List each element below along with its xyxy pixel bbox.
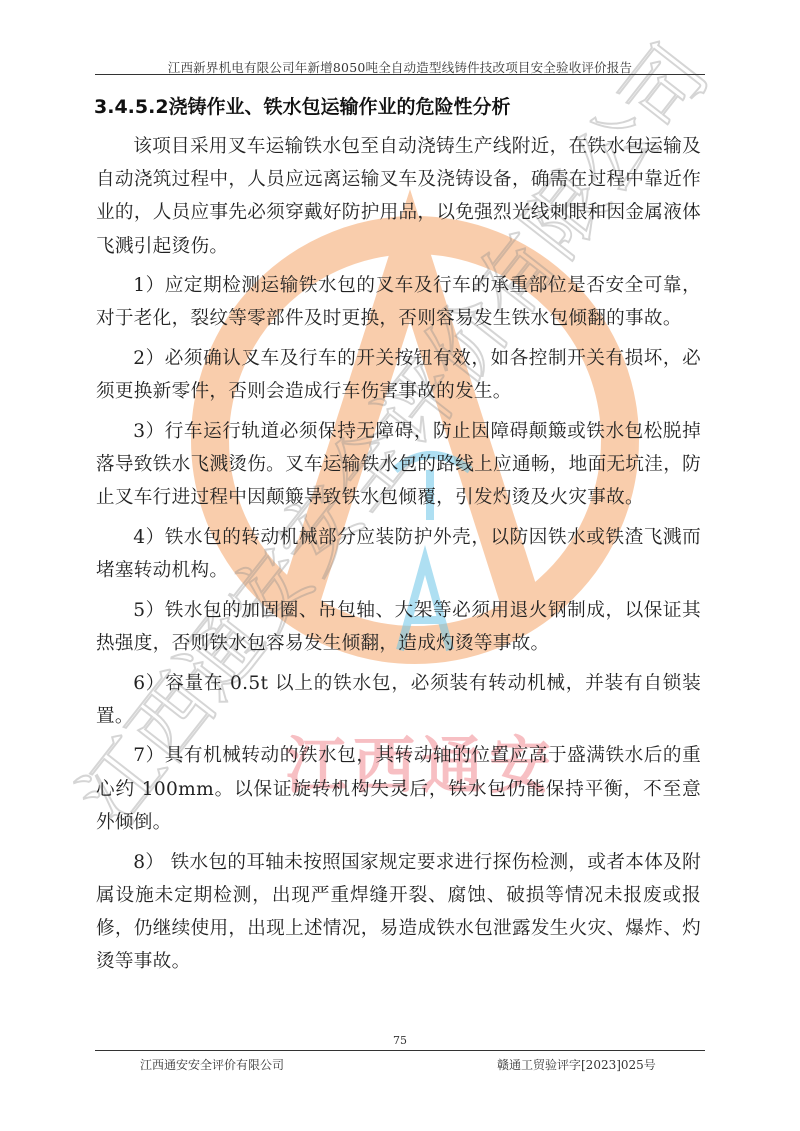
list-item: 2）必须确认叉车及行车的开关按钮有效，如各控制开关有损坏，必须更换新零件，否则会… bbox=[96, 342, 701, 408]
footer-divider bbox=[95, 1050, 705, 1051]
list-item: 5）铁水包的加固圈、吊包轴、大架等必须用退火钢制成，以保证其热强度，否则铁水包容… bbox=[96, 594, 701, 660]
list-item: 8） 铁水包的耳轴未按照国家规定要求进行探伤检测，或者本体及附属设施未定期检测，… bbox=[96, 846, 701, 979]
document-body: 3.4.5.2浇铸作业、铁水包运输作业的危险性分析 该项目采用叉车运输铁水包至自… bbox=[96, 90, 701, 985]
page-number: 75 bbox=[0, 1034, 800, 1047]
page-header-title: 江西新界机电有限公司年新增8050吨全自动造型线铸件技改项目安全验收评价报告 bbox=[0, 58, 800, 76]
intro-paragraph: 该项目采用叉车运输铁水包至自动浇铸生产线附近，在铁水包运输及自动浇筑过程中，人员… bbox=[96, 130, 701, 263]
list-item: 3）行车运行轨道必须保持无障碍，防止因障碍颠簸或铁水包松脱掉落导致铁水飞溅烫伤。… bbox=[96, 415, 701, 515]
footer-doc-code: 赣通工贸验评字[2023]025号 bbox=[497, 1056, 656, 1073]
list-item: 7）具有机械转动的铁水包，其转动轴的位置应高于盛满铁水后的重心约 100mm。以… bbox=[96, 739, 701, 839]
footer-company: 江西通安安全评价有限公司 bbox=[140, 1056, 284, 1073]
list-item: 6）容量在 0.5t 以上的铁水包，必须装有转动机械，并装有自锁装置。 bbox=[96, 667, 701, 733]
list-item: 1）应定期检测运输铁水包的叉车及行车的承重部位是否安全可靠，对于老化，裂纹等零部… bbox=[96, 269, 701, 335]
list-item: 4）铁水包的转动机械部分应装防护外壳，以防因铁水或铁渣飞溅而堵塞转动机构。 bbox=[96, 521, 701, 587]
section-heading: 3.4.5.2浇铸作业、铁水包运输作业的危险性分析 bbox=[94, 90, 701, 124]
